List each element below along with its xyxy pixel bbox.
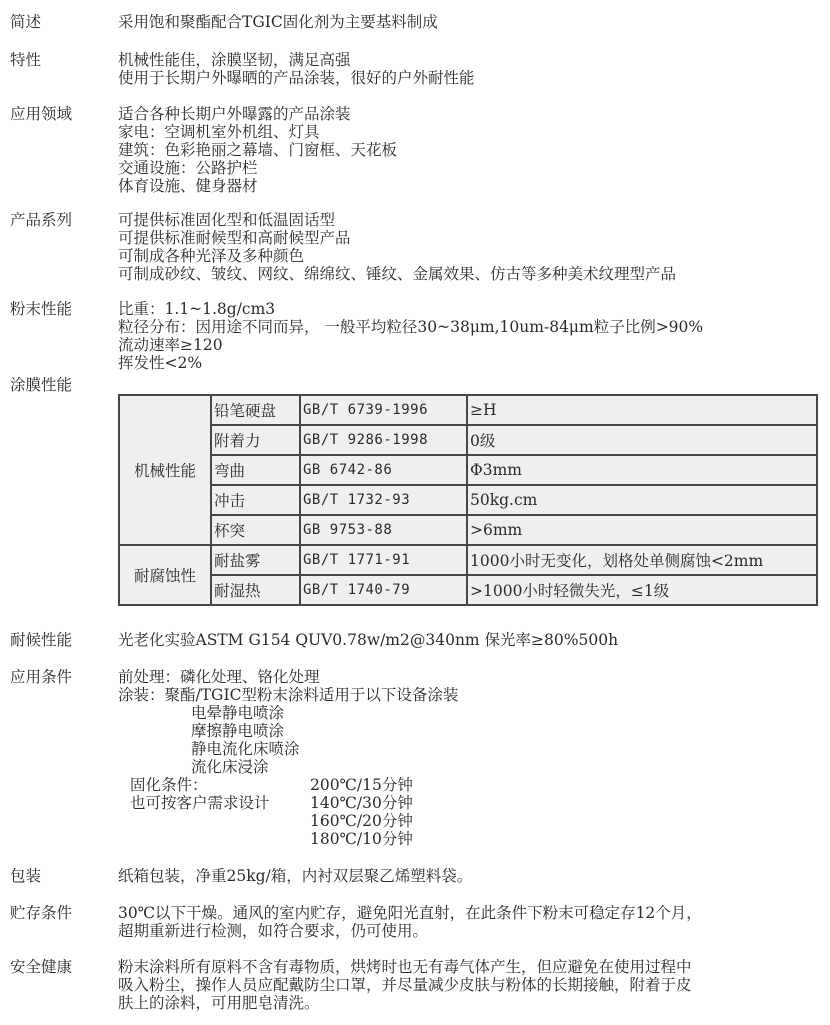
table-row: 机械性能 铅笔硬盘 GB/T 6739-1996 ≥H — [119, 395, 817, 425]
section-label: 安全健康 — [10, 958, 72, 976]
text-line: 体育设施、健身器材 — [118, 177, 397, 195]
section-label: 应用领域 — [10, 105, 72, 123]
table-row: 杯突 GB 9753-88 >6mm — [119, 515, 817, 545]
value-cell: >1000小时轻微失光，≤1级 — [467, 575, 817, 605]
curing-value: 180℃/10分钟 — [310, 830, 413, 848]
section-label: 涂膜性能 — [10, 376, 72, 394]
category-cell: 耐腐蚀性 — [119, 545, 211, 605]
section-label: 应用条件 — [10, 668, 72, 686]
standard-cell: GB 6742-86 — [300, 455, 467, 485]
table-row: 弯曲 GB 6742-86 Φ3mm — [119, 455, 817, 485]
film-properties-table: 机械性能 铅笔硬盘 GB/T 6739-1996 ≥H 附着力 GB/T 928… — [118, 394, 818, 606]
text-line: 采用饱和聚酯配合TGIC固化剂为主要基料制成 — [118, 13, 438, 31]
text-line: 可制成各种光泽及多种颜色 — [118, 247, 676, 265]
text-line: 光老化实验ASTM G154 QUV0.78w/m2@340nm 保光率≥80%… — [118, 631, 618, 649]
text-line: 吸入粉尘，操作人员应配戴防尘口罩，并尽量减少皮肤与粉体的长期接触，附着于皮 — [118, 976, 692, 994]
standard-cell: GB/T 1771-91 — [300, 545, 467, 575]
equipment-item: 电晕静电喷涂 — [118, 704, 458, 722]
text-line: 挥发性<2% — [118, 354, 703, 372]
item-cell: 耐盐雾 — [211, 545, 300, 575]
equipment-item: 静电流化床喷涂 — [118, 740, 458, 758]
text-line: 超期重新进行检测，如符合要求，仍可使用。 — [118, 922, 702, 940]
curing-values: 200℃/15分钟 140℃/30分钟 160℃/20分钟 180℃/10分钟 — [310, 776, 413, 848]
table-row: 耐腐蚀性 耐盐雾 GB/T 1771-91 1000小时无变化，划格处单侧腐蚀<… — [119, 545, 817, 575]
item-cell: 铅笔硬盘 — [211, 395, 300, 425]
table-row: 耐湿热 GB/T 1740-79 >1000小时轻微失光，≤1级 — [119, 575, 817, 605]
text-line: 粒径分布：因用途不同而异， 一般平均粒径30~38μm,10um-84μm粒子比… — [118, 318, 703, 336]
standard-cell: GB/T 1740-79 — [300, 575, 467, 605]
text-line: 适合各种长期户外曝露的产品涂装 — [118, 105, 397, 123]
curing-value: 200℃/15分钟 — [310, 776, 413, 794]
section-label: 产品系列 — [10, 211, 72, 229]
curing-value: 140℃/30分钟 — [310, 794, 413, 812]
section-application-conditions: 应用条件 前处理：磷化处理、铬化处理 涂装：聚酯/TGIC型粉末涂料适用于以下设… — [0, 668, 830, 858]
standard-cell: GB/T 6739-1996 — [300, 395, 467, 425]
text-line: 30℃以下干燥。通风的室内贮存，避免阳光直射，在此条件下粉末可稳定存12个月， — [118, 904, 702, 922]
equipment-item: 流化床浸涂 — [118, 758, 458, 776]
section-label: 贮存条件 — [10, 904, 72, 922]
section-label: 包装 — [10, 867, 41, 885]
text-line: 前处理：磷化处理、铬化处理 — [118, 668, 458, 686]
standard-cell: GB/T 9286-1998 — [300, 425, 467, 455]
text-line: 可提供标准固化型和低温固话型 — [118, 211, 676, 229]
standard-cell: GB/T 1732-93 — [300, 485, 467, 515]
section-label: 粉末性能 — [10, 300, 72, 318]
text-line: 纸箱包装，净重25kg/箱，内衬双层聚乙烯塑料袋。 — [118, 867, 472, 885]
curing-labels: 固化条件： 也可按客户需求设计 — [130, 776, 320, 812]
text-line: 涂装：聚酯/TGIC型粉末涂料适用于以下设备涂装 — [118, 686, 458, 704]
table-row: 附着力 GB/T 9286-1998 0级 — [119, 425, 817, 455]
section-label: 特性 — [10, 51, 41, 69]
text-line: 机械性能佳，涂膜坚韧，满足高强 — [118, 51, 475, 69]
item-cell: 附着力 — [211, 425, 300, 455]
value-cell: 1000小时无变化，划格处单侧腐蚀<2mm — [467, 545, 817, 575]
table-row: 冲击 GB/T 1732-93 50kg.cm — [119, 485, 817, 515]
value-cell: >6mm — [467, 515, 817, 545]
value-cell: 50kg.cm — [467, 485, 817, 515]
item-cell: 弯曲 — [211, 455, 300, 485]
curing-label: 也可按客户需求设计 — [130, 794, 320, 812]
item-cell: 冲击 — [211, 485, 300, 515]
text-line: 可制成砂纹、皱纹、网纹、绵绵纹、锤纹、金属效果、仿古等多种美术纹理型产品 — [118, 265, 676, 283]
text-line: 比重：1.1~1.8g/cm3 — [118, 300, 703, 318]
value-cell: Φ3mm — [467, 455, 817, 485]
text-line: 交通设施：公路护栏 — [118, 159, 397, 177]
value-cell: ≥H — [467, 395, 817, 425]
standard-cell: GB 9753-88 — [300, 515, 467, 545]
text-line: 建筑：色彩艳丽之幕墙、门窗框、天花板 — [118, 141, 397, 159]
section-label: 耐候性能 — [10, 631, 72, 649]
curing-label: 固化条件： — [130, 776, 320, 794]
text-line: 肤上的涂料，可用肥皂清洗。 — [118, 994, 692, 1012]
item-cell: 杯突 — [211, 515, 300, 545]
text-line: 粉末涂料所有原料不含有毒物质，烘烤时也无有毒气体产生，但应避免在使用过程中 — [118, 958, 692, 976]
text-line: 可提供标准耐候型和高耐候型产品 — [118, 229, 676, 247]
curing-value: 160℃/20分钟 — [310, 812, 413, 830]
text-line: 流动速率≥120 — [118, 336, 703, 354]
category-cell: 机械性能 — [119, 395, 211, 545]
text-line: 家电：空调机室外机组、灯具 — [118, 123, 397, 141]
text-line: 使用于长期户外曝晒的产品涂装，很好的户外耐性能 — [118, 69, 475, 87]
section-label: 简述 — [10, 13, 41, 31]
item-cell: 耐湿热 — [211, 575, 300, 605]
equipment-item: 摩擦静电喷涂 — [118, 722, 458, 740]
value-cell: 0级 — [467, 425, 817, 455]
